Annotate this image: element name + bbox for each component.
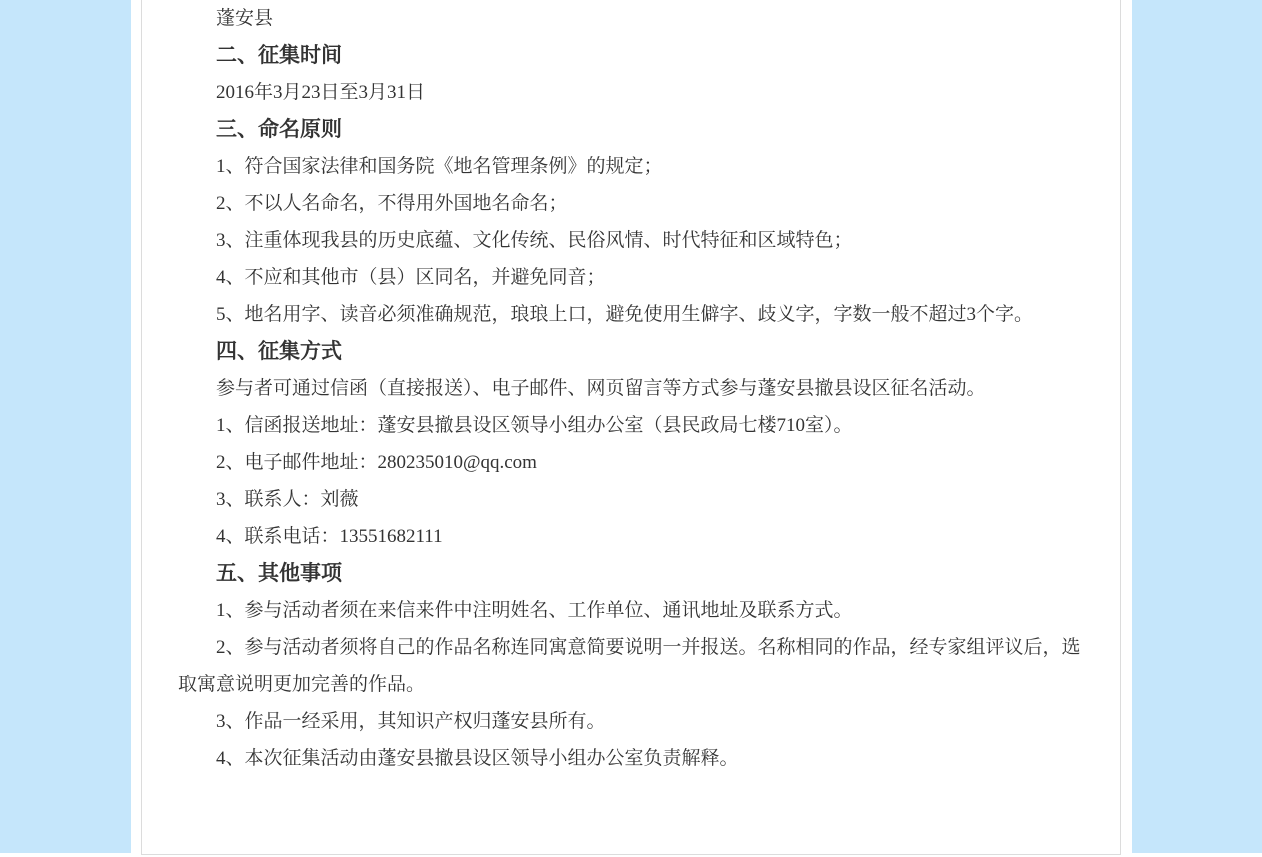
section-heading: 二、征集时间 [178,37,1084,74]
body-paragraph: 1、信函报送地址：蓬安县撤县设区领导小组办公室（县民政局七楼710室）。 [178,407,1084,444]
body-paragraph: 3、联系人：刘薇 [178,481,1084,518]
body-paragraph: 4、本次征集活动由蓬安县撤县设区领导小组办公室负责解释。 [178,740,1084,777]
body-paragraph: 1、符合国家法律和国务院《地名管理条例》的规定； [178,148,1084,185]
content-panel: 蓬安县二、征集时间2016年3月23日至3月31日三、命名原则1、符合国家法律和… [141,0,1121,855]
article-body: 蓬安县二、征集时间2016年3月23日至3月31日三、命名原则1、符合国家法律和… [142,0,1120,777]
section-heading: 五、其他事项 [178,555,1084,592]
section-heading: 四、征集方式 [178,333,1084,370]
body-paragraph: 参与者可通过信函（直接报送）、电子邮件、网页留言等方式参与蓬安县撤县设区征名活动… [178,370,1084,407]
body-paragraph: 4、不应和其他市（县）区同名，并避免同音； [178,259,1084,296]
section-heading: 三、命名原则 [178,111,1084,148]
body-paragraph: 2016年3月23日至3月31日 [178,74,1084,111]
body-paragraph: 2、不以人名命名，不得用外国地名命名； [178,185,1084,222]
body-paragraph: 3、作品一经采用，其知识产权归蓬安县所有。 [178,703,1084,740]
body-paragraph: 1、参与活动者须在来信来件中注明姓名、工作单位、通讯地址及联系方式。 [178,592,1084,629]
body-paragraph: 4、联系电话：13551682111 [178,518,1084,555]
body-paragraph: 2、电子邮件地址：280235010@qq.com [178,444,1084,481]
body-paragraph: 蓬安县 [178,0,1084,37]
body-paragraph: 2、参与活动者须将自己的作品名称连同寓意简要说明一并报送。名称相同的作品，经专家… [178,629,1084,703]
body-paragraph: 5、地名用字、读音必须准确规范，琅琅上口，避免使用生僻字、歧义字，字数一般不超过… [178,296,1084,333]
body-paragraph: 3、注重体现我县的历史底蕴、文化传统、民俗风情、时代特征和区域特色； [178,222,1084,259]
